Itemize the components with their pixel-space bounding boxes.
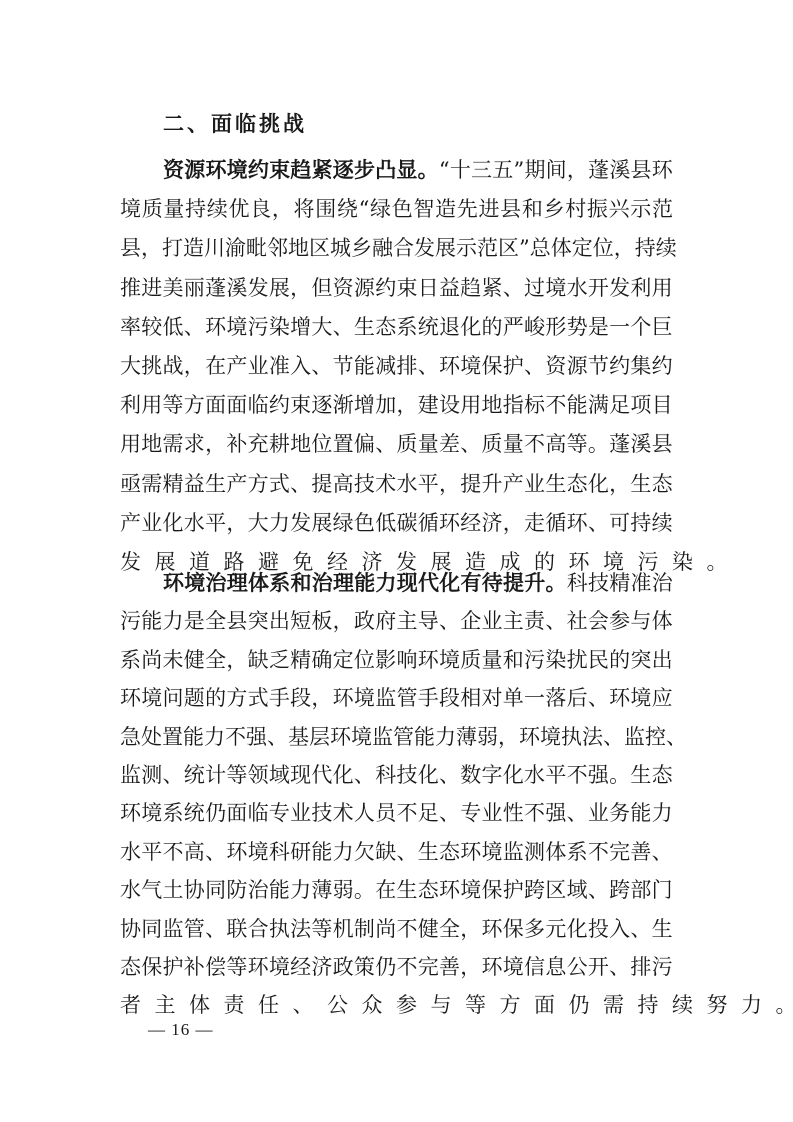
text-line: 用地需求，补充耕地位置偏、质量差、质量不高等。蓬溪县 — [120, 429, 673, 459]
text-line: 县，打造川渝毗邻地区城乡融合发展示范区”总体定位，持续 — [120, 233, 673, 263]
text-line: 者主体责任、公众参与等方面仍需持续努力。 — [120, 990, 673, 1020]
page-number: — 16 — — [148, 1020, 214, 1040]
text-line: 系尚未健全，缺乏精确定位影响环境质量和污染扰民的突出 — [120, 645, 673, 675]
text-line: 环境问题的方式手段，环境监管手段相对单一落后、环境应 — [120, 683, 673, 713]
text-line: 亟需精益生产方式、提高技术水平，提升产业生态化，生态 — [120, 469, 673, 499]
text-line: 急处置能力不强、基层环境监管能力薄弱，环境执法、监控、 — [120, 722, 673, 752]
text-line: 水平不高、环境科研能力欠缺、生态环境监测体系不完善、 — [120, 837, 673, 867]
text-line: 资源环境约束趋紧逐步凸显。“十三五”期间，蓬溪县环 — [163, 155, 673, 185]
text-line: 环境治理体系和治理能力现代化有待提升。科技精准治 — [163, 568, 673, 598]
text-line: 监测、统计等领域现代化、科技化、数字化水平不强。生态 — [120, 760, 673, 790]
text-line: 利用等方面面临约束逐渐增加，建设用地指标不能满足项目 — [120, 390, 673, 420]
text-line: 水气土协同防治能力薄弱。在生态环境保护跨区域、跨部门 — [120, 875, 673, 905]
text-line: 产业化水平，大力发展绿色低碳循环经济，走循环、可持续 — [120, 508, 673, 538]
text-line: 协同监管、联合执法等机制尚不健全，环保多元化投入、生 — [120, 914, 673, 944]
text-line: 境质量持续优良，将围绕“绿色智造先进县和乡村振兴示范 — [120, 194, 673, 224]
text-line: 污能力是全县突出短板，政府主导、企业主责、社会参与体 — [120, 606, 673, 636]
text-line: 环境系统仍面临专业技术人员不足、专业性不强、业务能力 — [120, 798, 673, 828]
text-line: 大挑战，在产业准入、节能减排、环境保护、资源节约集约 — [120, 351, 673, 381]
document-page: 二、面临挑战 资源环境约束趋紧逐步凸显。“十三五”期间，蓬溪县环境质量持续优良，… — [0, 0, 793, 1122]
text-line: 率较低、环境污染增大、生态系统退化的严峻形势是一个巨 — [120, 312, 673, 342]
text-line: 推进美丽蓬溪发展，但资源约束日益趋紧、过境水开发利用 — [120, 273, 673, 303]
section-heading: 二、面临挑战 — [163, 108, 307, 138]
text-line: 态保护补偿等环境经济政策仍不完善，环境信息公开、排污 — [120, 952, 673, 982]
